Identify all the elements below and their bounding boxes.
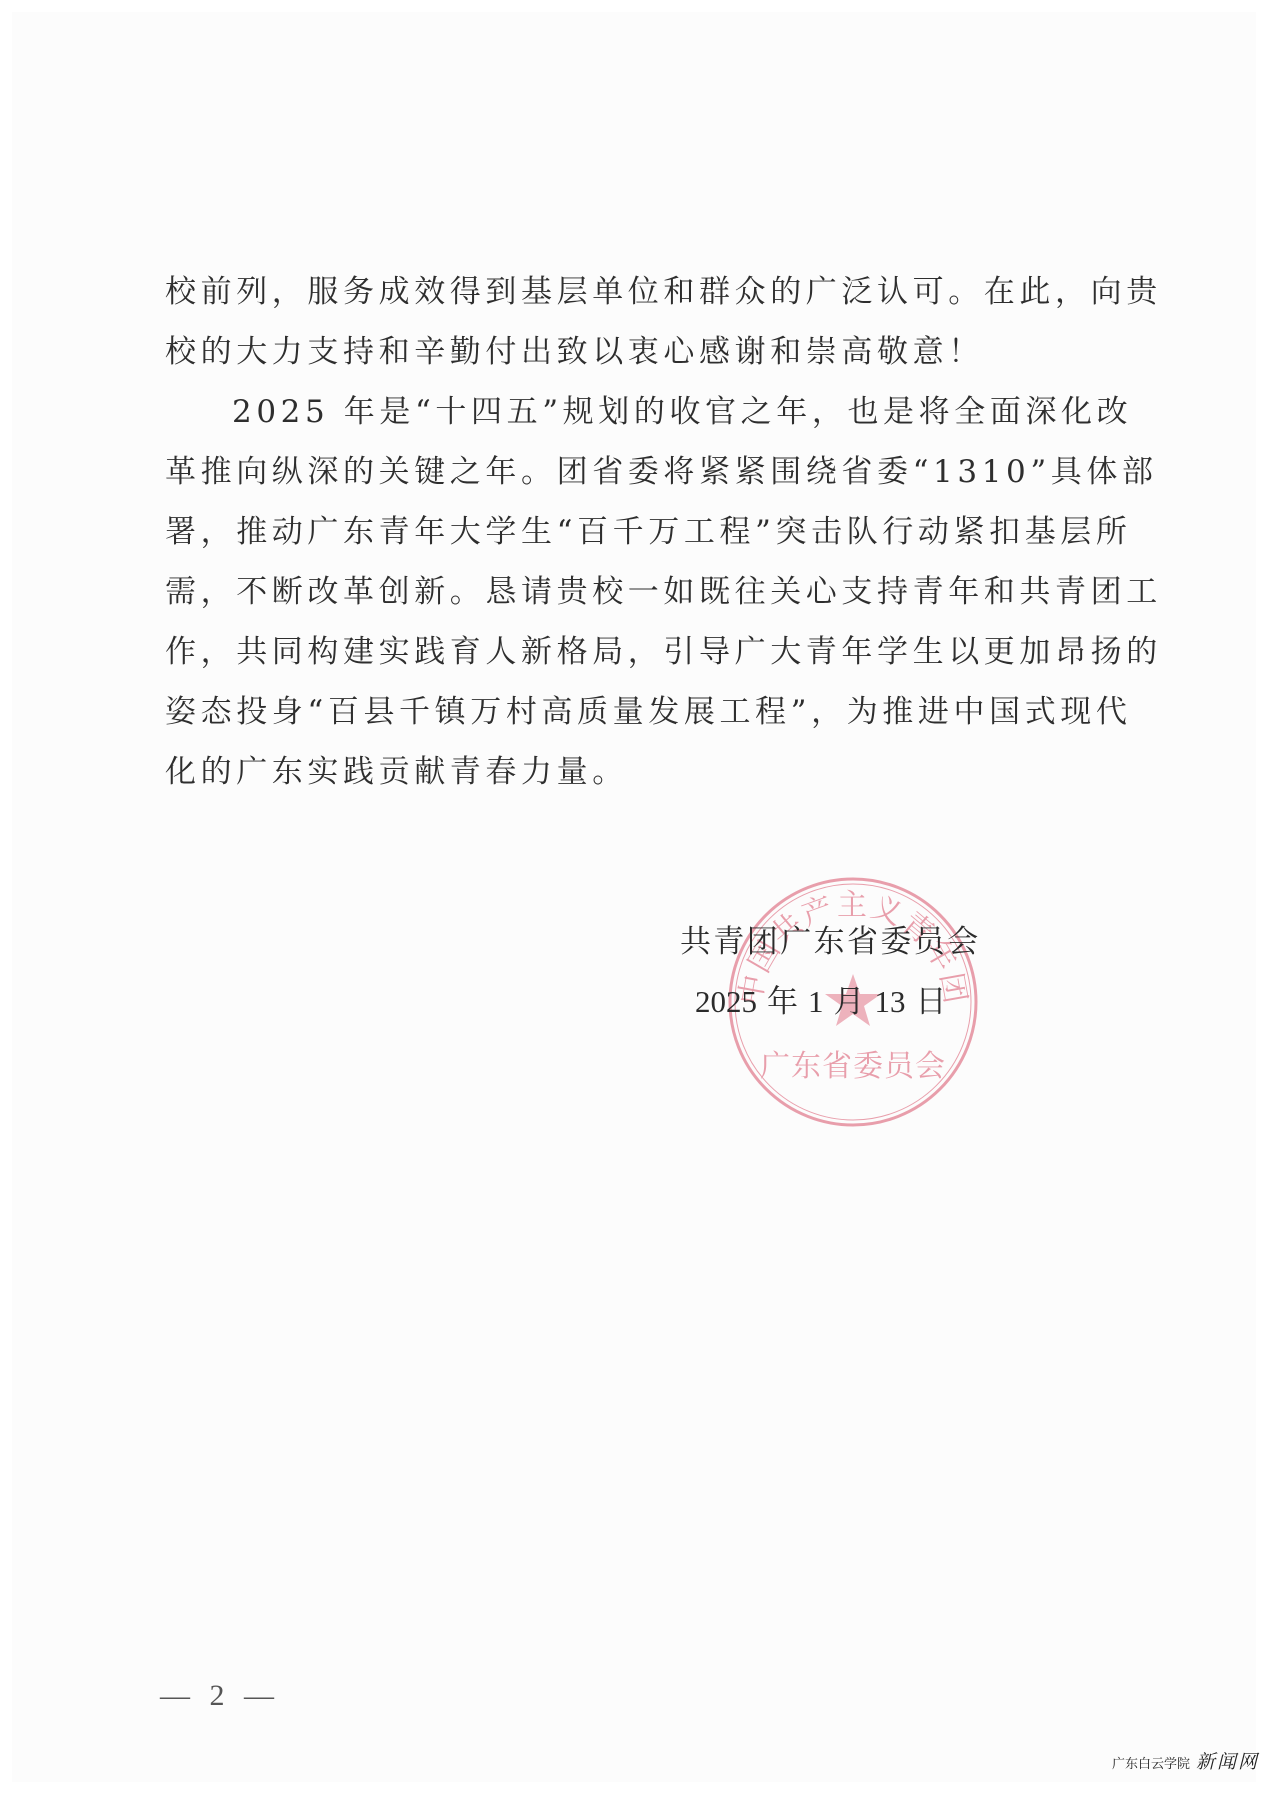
date-year-unit: 年 — [767, 984, 798, 1019]
body-line-3: 2025 年是“十四五”规划的收官之年，也是将全面深化改 — [232, 390, 1172, 434]
signature-organization: 共青团广东省委员会 — [680, 920, 981, 964]
date-year: 2025 — [695, 984, 757, 1019]
signature-date: 2025年1月13日 — [695, 980, 957, 1024]
date-month: 1 — [808, 984, 824, 1019]
body-line-5: 署，推动广东青年大学生“百千万工程”突击队行动紧扣基层所 — [165, 510, 1105, 554]
body-line-2: 校的大力支持和辛勤付出致以衷心感谢和崇高敬意！ — [165, 330, 1105, 374]
date-day-unit: 日 — [916, 984, 947, 1019]
date-day: 13 — [875, 984, 906, 1019]
watermark: 广东白云学院新闻网 — [1112, 1750, 1259, 1777]
watermark-site: 广东白云学院 — [1112, 1757, 1190, 1772]
page-number: — 2 — — [160, 1676, 280, 1716]
body-line-6: 需，不断改革创新。恳请贵校一如既往关心支持青年和共青团工 — [165, 570, 1105, 614]
body-line-9: 化的广东实践贡献青春力量。 — [165, 750, 1105, 794]
body-line-7: 作，共同构建实践育人新格局，引导广大青年学生以更加昂扬的 — [165, 630, 1105, 674]
body-line-8: 姿态投身“百县千镇万村高质量发展工程”，为推进中国式现代 — [165, 690, 1105, 734]
date-month-unit: 月 — [834, 984, 865, 1019]
stamp-bottom-text: 广东省委员会 — [760, 1049, 946, 1084]
watermark-brand: 新闻网 — [1196, 1751, 1259, 1773]
body-line-1: 校前列，服务成效得到基层单位和群众的广泛认可。在此，向贵 — [165, 270, 1105, 314]
body-line-4: 革推向纵深的关键之年。团省委将紧紧围绕省委“1310”具体部 — [165, 450, 1105, 494]
